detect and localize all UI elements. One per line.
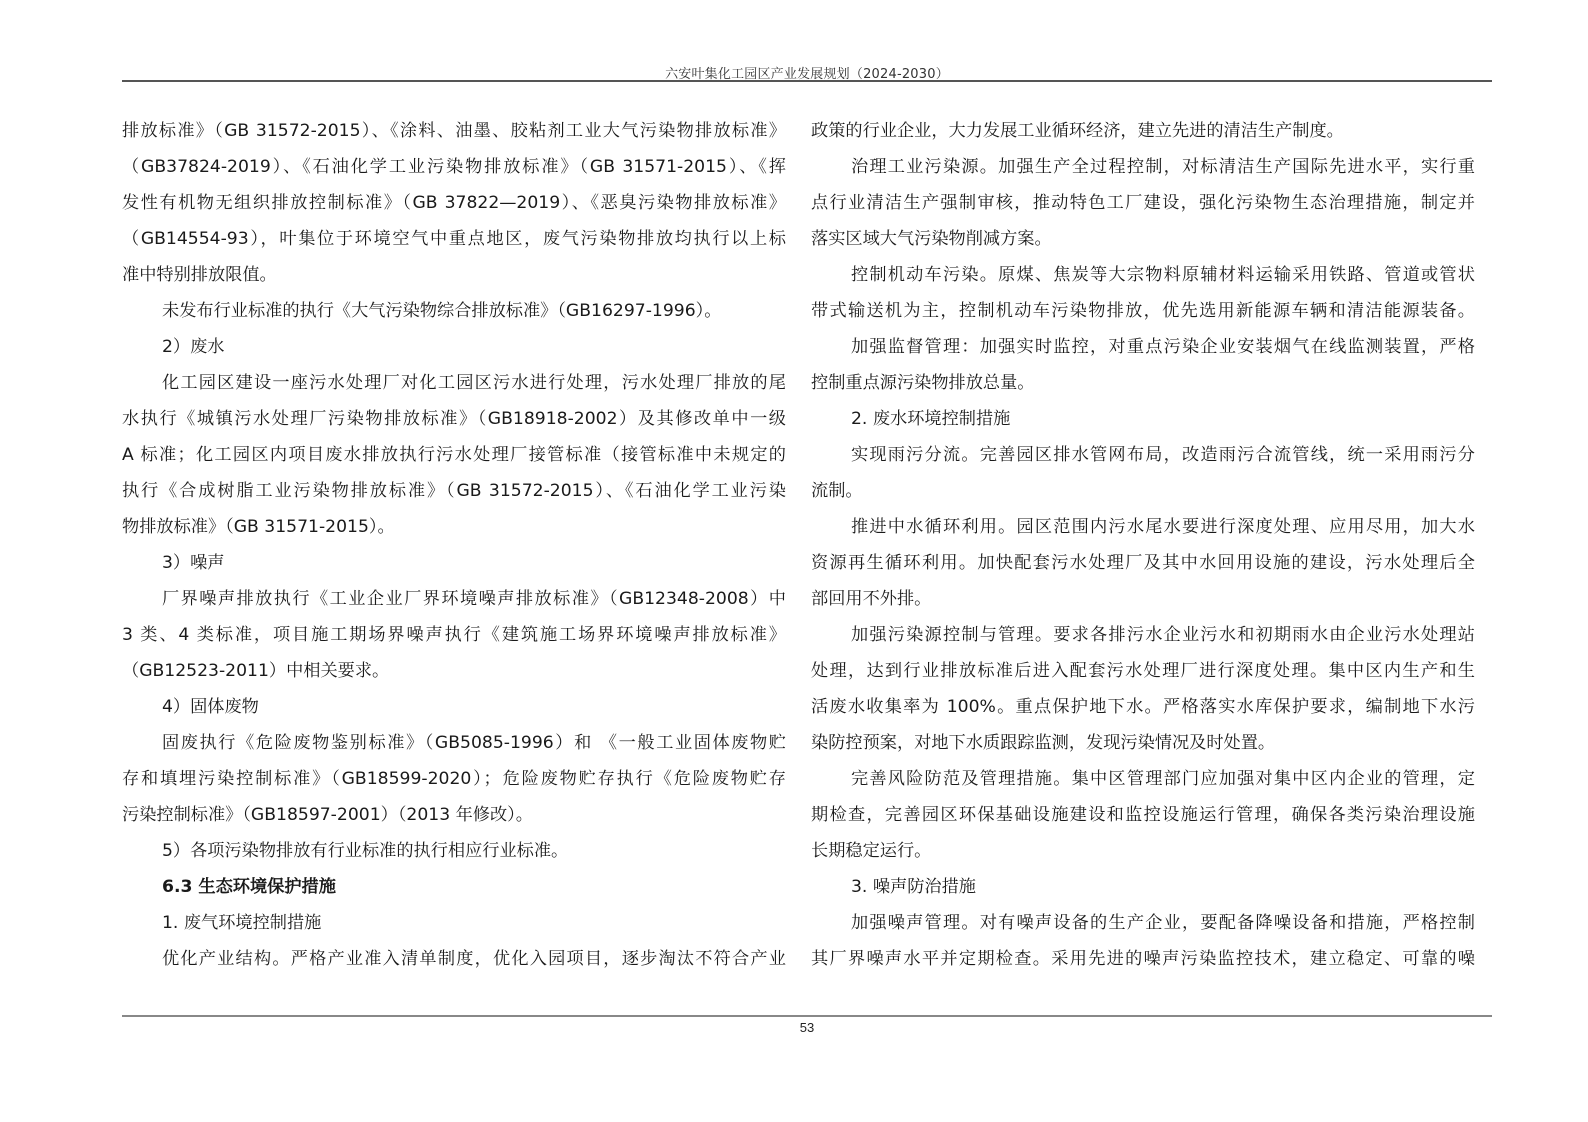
text-line: 其厂界噪声水平并定期检查。采用先进的噪声污染监控技术，建立稳定、可靠的噪 (811, 941, 1475, 977)
text-line: A 标准；化工园区内项目废水排放执行污水处理厂接管标准（接管标准中未规定的 (122, 437, 786, 473)
text-line: 准中特别排放限值。 (122, 257, 786, 293)
text-line: 发性有机物无组织排放控制标准》（GB 37822—2019）、《恶臭污染物排放标… (122, 185, 786, 221)
text-line: 2）废水 (122, 329, 786, 365)
text-line: 加强污染源控制与管理。要求各排污水企业污水和初期雨水由企业污水处理站 (811, 617, 1475, 653)
text-line: 流制。 (811, 473, 1475, 509)
text-line: 水执行《城镇污水处理厂污染物排放标准》（GB18918-2002）及其修改单中一… (122, 401, 786, 437)
text-line: 治理工业污染源。加强生产全过程控制，对标清洁生产国际先进水平，实行重 (811, 149, 1475, 185)
right-column: 政策的行业企业，大力发展工业循环经济，建立先进的清洁生产制度。治理工业污染源。加… (811, 113, 1475, 977)
text-line: 活废水收集率为 100%。重点保护地下水。严格落实水库保护要求，编制地下水污 (811, 689, 1475, 725)
text-line: 染防控预案，对地下水质跟踪监测，发现污染情况及时处置。 (811, 725, 1475, 761)
text-line: 存和填埋污染控制标准》（GB18599-2020）；危险废物贮存执行《危险废物贮… (122, 761, 786, 797)
footer-rule (122, 1015, 1492, 1017)
text-line: 厂界噪声排放执行《工业企业厂界环境噪声排放标准》（GB12348-2008）中 (122, 581, 786, 617)
text-line: 4）固体废物 (122, 689, 786, 725)
text-line: 固废执行《危险废物鉴别标准》（GB5085-1996）和 《一般工业固体废物贮 (122, 725, 786, 761)
text-line: 优化产业结构。严格产业准入清单制度，优化入园项目，逐步淘汰不符合产业 (122, 941, 786, 977)
text-line: 加强监督管理：加强实时监控，对重点污染企业安装烟气在线监测装置，严格 (811, 329, 1475, 365)
text-line: 排放标准》（GB 31572-2015）、《涂料、油墨、胶粘剂工业大气污染物排放… (122, 113, 786, 149)
text-line: 污染控制标准》（GB18597-2001）（2013 年修改）。 (122, 797, 786, 833)
page-number: 53 (122, 1020, 1492, 1035)
left-column: 排放标准》（GB 31572-2015）、《涂料、油墨、胶粘剂工业大气污染物排放… (122, 113, 786, 977)
text-line: 1. 废气环境控制措施 (122, 905, 786, 941)
text-line: （GB37824-2019）、《石油化学工业污染物排放标准》（GB 31571-… (122, 149, 786, 185)
text-line: 3 类、4 类标准，项目施工期场界噪声执行《建筑施工场界环境噪声排放标准》 (122, 617, 786, 653)
text-line: 2. 废水环境控制措施 (811, 401, 1475, 437)
text-line: （GB14554-93），叶集位于环境空气中重点地区，废气污染物排放均执行以上标 (122, 221, 786, 257)
text-line: 落实区域大气污染物削减方案。 (811, 221, 1475, 257)
text-line: 期检查，完善园区环保基础设施建设和监控设施运行管理，确保各类污染治理设施 (811, 797, 1475, 833)
text-line: 3）噪声 (122, 545, 786, 581)
text-line: （GB12523-2011）中相关要求。 (122, 653, 786, 689)
text-line: 长期稳定运行。 (811, 833, 1475, 869)
text-line: 带式输送机为主，控制机动车污染物排放，优先选用新能源车辆和清洁能源装备。 (811, 293, 1475, 329)
text-line: 5）各项污染物排放有行业标准的执行相应行业标准。 (122, 833, 786, 869)
text-line: 实现雨污分流。完善园区排水管网布局，改造雨污合流管线，统一采用雨污分 (811, 437, 1475, 473)
text-line: 点行业清洁生产强制审核，推动特色工厂建设，强化污染物生态治理措施，制定并 (811, 185, 1475, 221)
text-line: 化工园区建设一座污水处理厂对化工园区污水进行处理，污水处理厂排放的尾 (122, 365, 786, 401)
text-line: 控制机动车污染。原煤、焦炭等大宗物料原辅材料运输采用铁路、管道或管状 (811, 257, 1475, 293)
text-line: 政策的行业企业，大力发展工业循环经济，建立先进的清洁生产制度。 (811, 113, 1475, 149)
text-line: 资源再生循环利用。加快配套污水处理厂及其中水回用设施的建设，污水处理后全 (811, 545, 1475, 581)
text-line: 完善风险防范及管理措施。集中区管理部门应加强对集中区内企业的管理，定 (811, 761, 1475, 797)
text-line: 执行《合成树脂工业污染物排放标准》（GB 31572-2015）、《石油化学工业… (122, 473, 786, 509)
text-line: 推进中水循环利用。园区范围内污水尾水要进行深度处理、应用尽用，加大水 (811, 509, 1475, 545)
header-rule (122, 80, 1492, 82)
text-line: 物排放标准》（GB 31571-2015）。 (122, 509, 786, 545)
text-line: 处理，达到行业排放标准后进入配套污水处理厂进行深度处理。集中区内生产和生 (811, 653, 1475, 689)
text-line: 控制重点源污染物排放总量。 (811, 365, 1475, 401)
text-line: 部回用不外排。 (811, 581, 1475, 617)
text-line: 未发布行业标准的执行《大气污染物综合排放标准》（GB16297-1996）。 (122, 293, 786, 329)
text-line: 加强噪声管理。对有噪声设备的生产企业，要配备降噪设备和措施，严格控制 (811, 905, 1475, 941)
text-line: 3. 噪声防治措施 (811, 869, 1475, 905)
section-heading: 6.3 生态环境保护措施 (122, 869, 786, 905)
